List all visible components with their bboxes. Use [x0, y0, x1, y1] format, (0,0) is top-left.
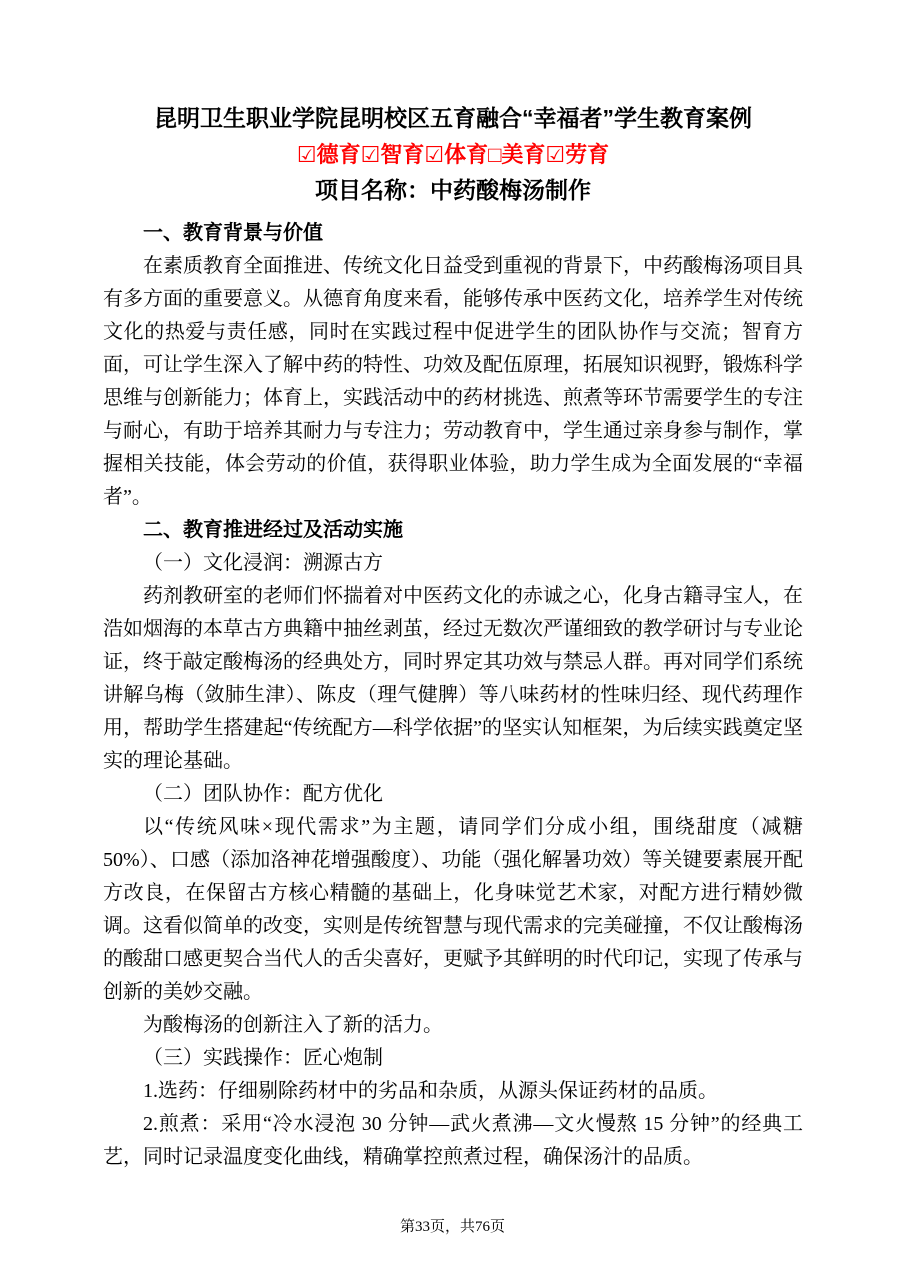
section-heading-background-value: 一、教育背景与价值 — [103, 217, 803, 250]
paragraph-background-value: 在素质教育全面推进、传统文化日益受到重视的背景下，中药酸梅汤项目具有多方面的重要… — [103, 250, 803, 514]
subsection-heading-culture-immersion: （一）文化浸润：溯源古方 — [103, 547, 803, 580]
checkbox-physical-education: ☑体育 — [424, 142, 488, 167]
paragraph-innovation-vitality: 为酸梅汤的创新注入了新的活力。 — [103, 1009, 803, 1042]
subsection-heading-team-collaboration: （二）团队协作：配方优化 — [103, 778, 803, 811]
page-number: 第33页，共76页 — [400, 1219, 505, 1235]
checkbox-labor-education: ☑劳育 — [545, 142, 609, 167]
page-footer: 第33页，共76页 — [0, 1216, 905, 1238]
paragraph-culture-immersion: 药剂教研室的老师们怀揣着对中医药文化的赤诚之心，化身古籍寻宝人，在浩如烟海的本草… — [103, 580, 803, 778]
paragraph-team-collaboration: 以“传统风味×现代需求”为主题，请同学们分成小组，围绕甜度（减糖50%）、口感（… — [103, 811, 803, 1009]
paragraph-step-select-herbs: 1.选药：仔细剔除药材中的劣品和杂质，从源头保证药材的品质。 — [103, 1075, 803, 1108]
checkbox-aesthetic-education: □美育 — [488, 142, 545, 167]
five-education-checkbox-line: ☑德育☑智育☑体育□美育☑劳育 — [103, 137, 803, 172]
checkbox-intellectual-education: ☑智育 — [361, 142, 425, 167]
document-title: 昆明卫生职业学院昆明校区五育融合“幸福者”学生教育案例 — [103, 100, 803, 137]
checkbox-moral-education: ☑德育 — [297, 142, 361, 167]
paragraph-step-decoction: 2.煎煮：采用“冷水浸泡 30 分钟—武火煮沸—文火慢熬 15 分钟”的经典工艺… — [103, 1108, 803, 1174]
document-content: 昆明卫生职业学院昆明校区五育融合“幸福者”学生教育案例 ☑德育☑智育☑体育□美育… — [103, 100, 803, 1174]
subsection-heading-practice-operation: （三）实践操作：匠心炮制 — [103, 1042, 803, 1075]
project-title: 项目名称：中药酸梅汤制作 — [103, 172, 803, 209]
document-body: 一、教育背景与价值 在素质教育全面推进、传统文化日益受到重视的背景下，中药酸梅汤… — [103, 217, 803, 1174]
section-heading-implementation: 二、教育推进经过及活动实施 — [103, 514, 803, 547]
document-page: 昆明卫生职业学院昆明校区五育融合“幸福者”学生教育案例 ☑德育☑智育☑体育□美育… — [0, 0, 905, 1280]
